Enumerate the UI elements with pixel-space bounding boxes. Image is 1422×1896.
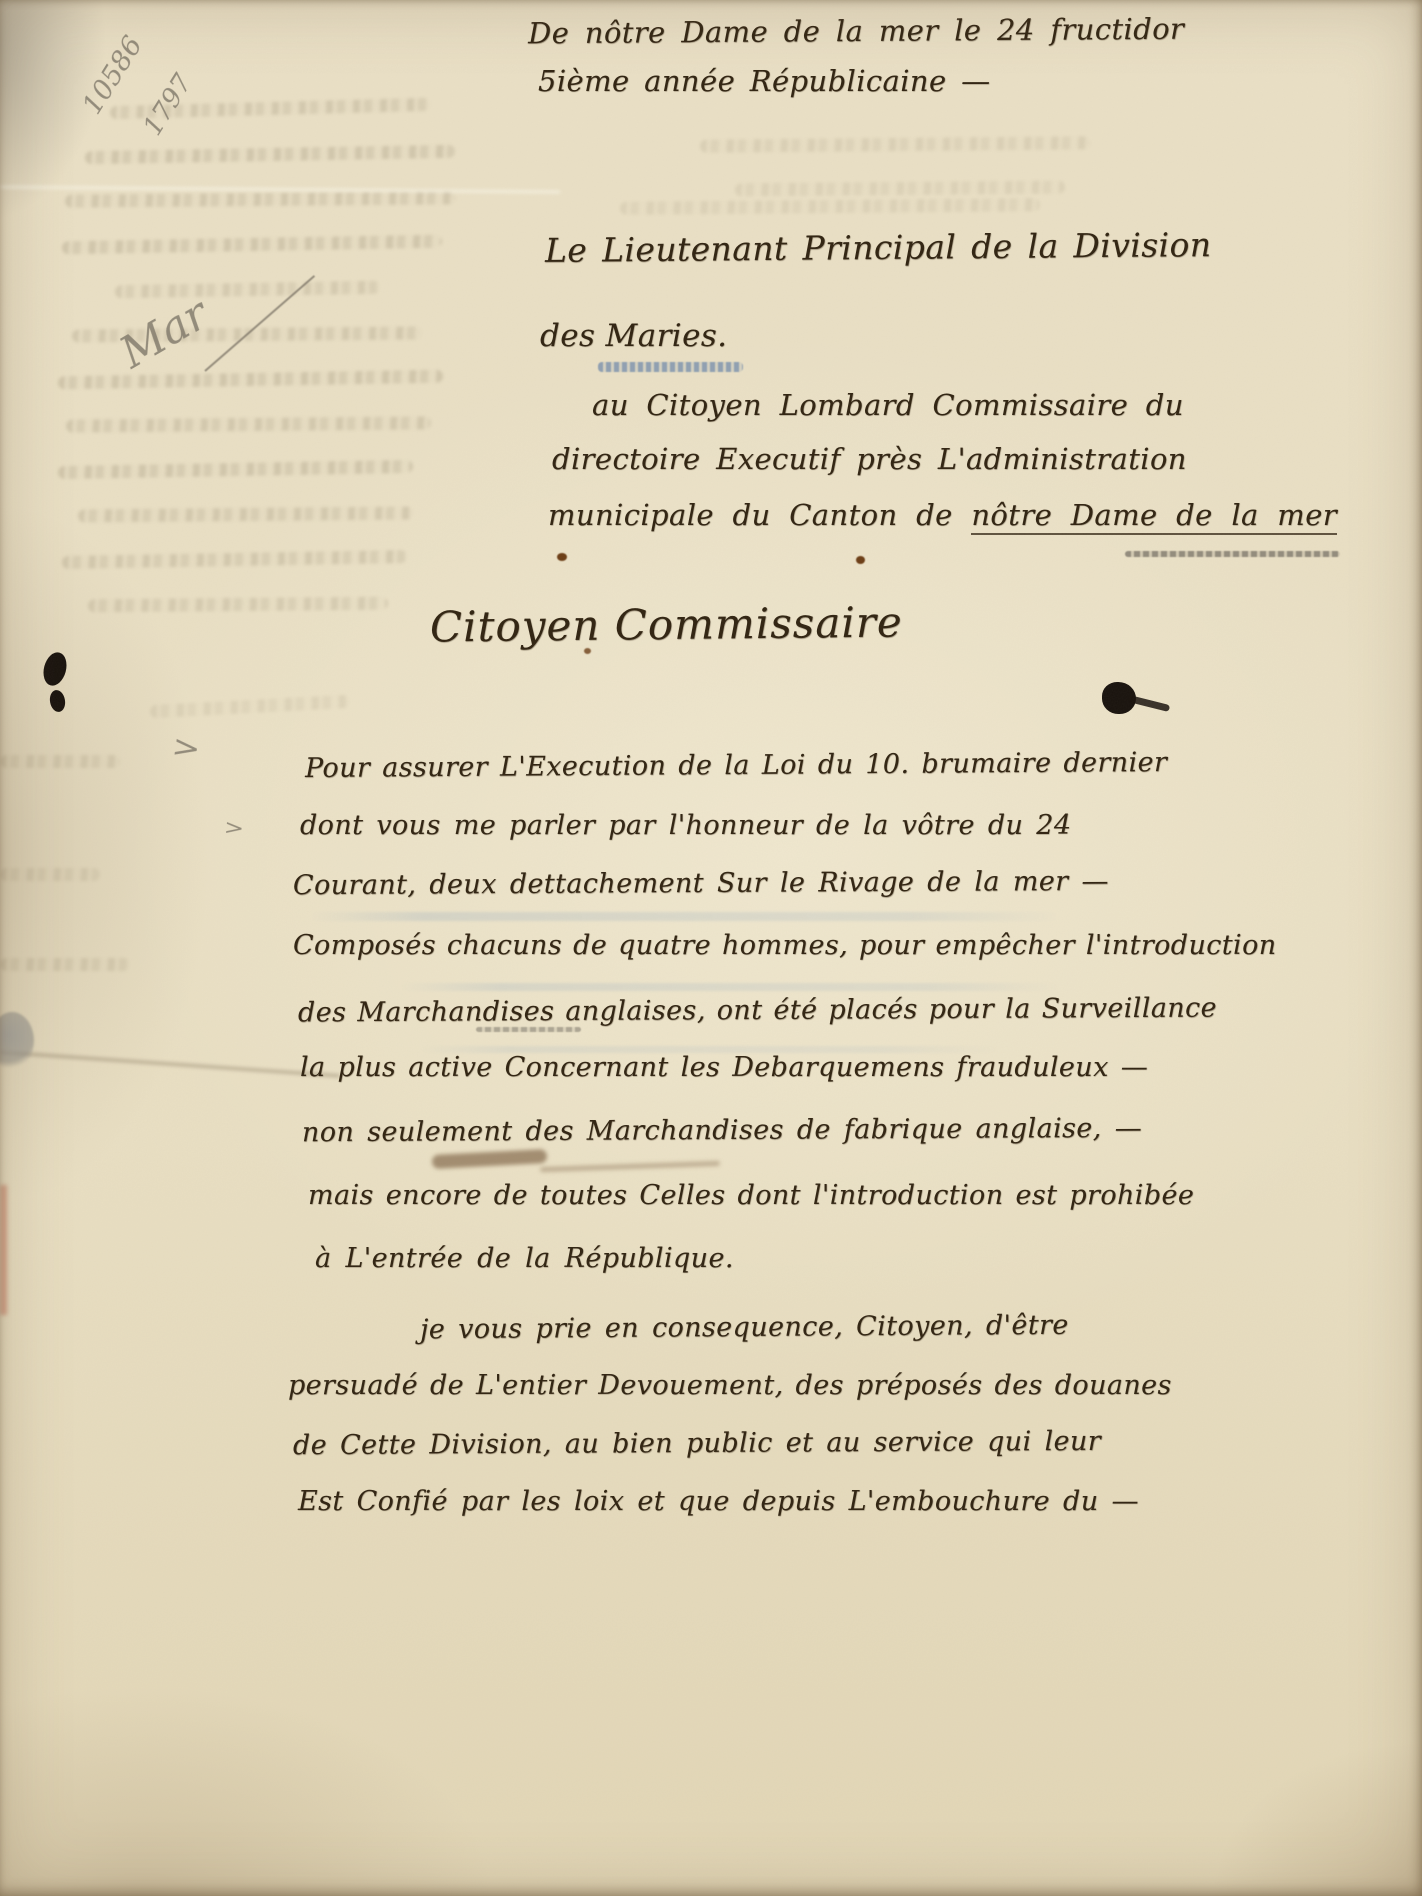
red-edge-stain (0, 1185, 7, 1315)
dateline-line-2: 5ième année Républicaine — (538, 64, 991, 98)
body1-line-5: des Marchandises anglaises, ont été plac… (298, 993, 1217, 1029)
verso-showthrough-line (0, 958, 130, 971)
ink-blot (48, 689, 67, 713)
blue-crayon-smudge (310, 912, 1060, 921)
ink-blot (1128, 695, 1170, 712)
body1-line-8: mais encore de toutes Celles dont l'intr… (308, 1180, 1194, 1211)
verso-showthrough-line (65, 191, 455, 207)
body1-line-3: Courant, deux dettachement Sur le Rivage… (293, 866, 1109, 901)
verso-showthrough-line (620, 198, 1040, 215)
recipient-line-2: directoire Executif près L'administratio… (552, 442, 1187, 476)
body1-line-7: non seulement des Marchandises de fabriq… (302, 1113, 1142, 1148)
sender-line-1: Le Lieutenant Principal de la Division (545, 225, 1212, 270)
body1-line-4: Composés chacuns de quatre hommes, pour … (293, 930, 1277, 961)
ink-spot (584, 648, 591, 654)
blue-crayon-smudge (420, 1046, 1000, 1053)
body2-line-1: je vous prie en consequence, Citoyen, d'… (420, 1310, 1069, 1346)
pencil-arrow-icon: > (170, 729, 203, 767)
verso-showthrough-line (735, 181, 1065, 197)
body2-line-3: de Cette Division, au bien public et au … (293, 1426, 1101, 1461)
verso-showthrough-line (62, 550, 407, 569)
ink-blot (40, 650, 70, 689)
fold-crease (0, 1050, 339, 1078)
verso-showthrough-line (0, 868, 100, 881)
salutation: Citoyen Commissaire (430, 598, 903, 652)
verso-showthrough-line (78, 507, 413, 523)
scanned-letter-page: 10586 1797 Mar > > De nôtre Dame de la m… (0, 0, 1422, 1896)
blue-crayon-underline (598, 362, 743, 372)
dateline-line-1: De nôtre Dame de la mer le 24 fructidor (528, 12, 1184, 51)
ink-spot (557, 553, 567, 561)
recipient-line3-prefix: municipale du Canton de (548, 498, 971, 532)
verso-showthrough-line (58, 370, 443, 390)
recipient-line3-place-underlined: nôtre Dame de la mer (971, 498, 1337, 535)
brown-smear (432, 1149, 548, 1169)
body1-line-9: à L'entrée de la République. (315, 1243, 734, 1274)
verso-showthrough-line (150, 695, 350, 718)
body1-line-1: Pour assurer L'Execution de la Loi du 10… (305, 747, 1167, 784)
ink-spot (856, 556, 865, 564)
body1-line-2: dont vous me parler par l'honneur de la … (300, 810, 1071, 841)
recipient-line-1: au Citoyen Lombard Commissaire du (592, 388, 1184, 422)
glue-stain (0, 1012, 34, 1070)
recipient-line-3: municipale du Canton de nôtre Dame de la… (548, 498, 1337, 532)
verso-showthrough-line (0, 755, 120, 768)
verso-showthrough-line (88, 597, 388, 613)
body2-line-4: Est Confié par les loix et que depuis L'… (298, 1486, 1139, 1517)
verso-showthrough-line (85, 145, 455, 164)
verso-showthrough-line (66, 416, 431, 432)
blue-crayon-smudge (400, 983, 1060, 991)
body2-line-2: persuadé de L'entier Devouement, des pré… (288, 1370, 1172, 1401)
sender-line-2: des Maries. (540, 318, 727, 354)
verso-showthrough-line (58, 460, 413, 479)
body1-line-6: la plus active Concernant les Debarqueme… (300, 1052, 1148, 1083)
verso-showthrough-line (62, 235, 442, 255)
pencil-underline (476, 1027, 581, 1032)
brown-smear (540, 1161, 720, 1172)
pencil-margin-word: Mar (111, 288, 216, 378)
pencil-arrow-icon: > (223, 815, 245, 840)
pencil-underline (1125, 551, 1340, 557)
verso-showthrough-line (115, 281, 380, 299)
verso-showthrough-line (700, 136, 1090, 152)
